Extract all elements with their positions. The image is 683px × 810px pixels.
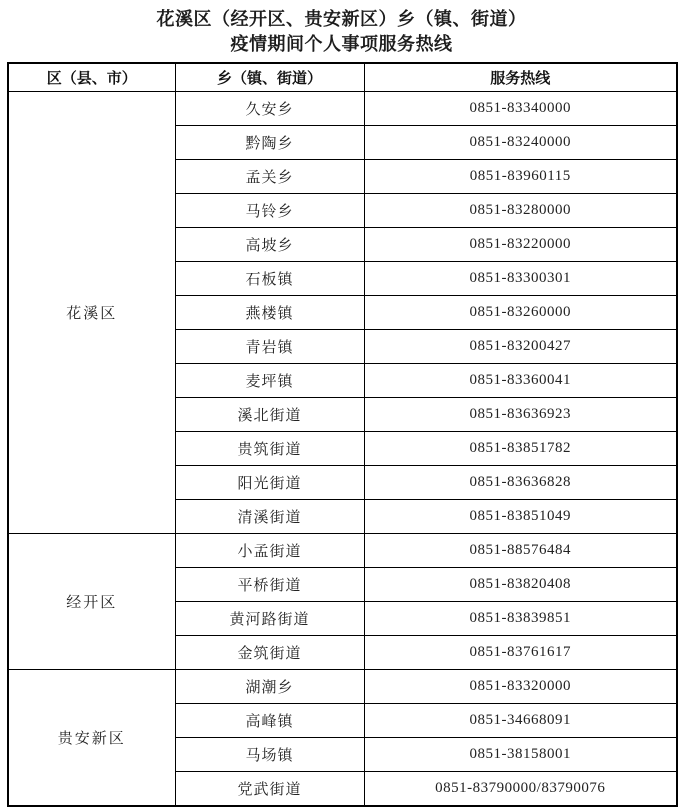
page-title: 花溪区（经开区、贵安新区）乡（镇、街道） 疫情期间个人事项服务热线 xyxy=(0,0,683,57)
hotline-cell: 0851-83340000 xyxy=(364,92,677,126)
township-cell: 平桥街道 xyxy=(175,568,364,602)
table-body: 花溪区久安乡0851-83340000黔陶乡0851-83240000孟关乡08… xyxy=(8,92,677,807)
header-region-column: 区（县、市） xyxy=(8,63,175,92)
township-cell: 清溪街道 xyxy=(175,500,364,534)
township-cell: 小孟街道 xyxy=(175,534,364,568)
township-cell: 溪北街道 xyxy=(175,398,364,432)
township-cell: 党武街道 xyxy=(175,772,364,807)
hotline-cell: 0851-83280000 xyxy=(364,194,677,228)
hotline-cell: 0851-83200427 xyxy=(364,330,677,364)
township-cell: 阳光街道 xyxy=(175,466,364,500)
table-row: 经开区小孟街道0851-88576484 xyxy=(8,534,677,568)
hotline-cell: 0851-83300301 xyxy=(364,262,677,296)
region-cell: 贵安新区 xyxy=(8,670,175,807)
header-township-column: 乡（镇、街道） xyxy=(175,63,364,92)
hotline-cell: 0851-83360041 xyxy=(364,364,677,398)
hotline-cell: 0851-83220000 xyxy=(364,228,677,262)
hotline-cell: 0851-83839851 xyxy=(364,602,677,636)
township-cell: 石板镇 xyxy=(175,262,364,296)
hotline-cell: 0851-83960115 xyxy=(364,160,677,194)
township-cell: 燕楼镇 xyxy=(175,296,364,330)
hotline-cell: 0851-83240000 xyxy=(364,126,677,160)
hotline-cell: 0851-83320000 xyxy=(364,670,677,704)
document-page: 花溪区（经开区、贵安新区）乡（镇、街道） 疫情期间个人事项服务热线 区（县、市）… xyxy=(0,0,683,810)
township-cell: 青岩镇 xyxy=(175,330,364,364)
hotline-cell: 0851-83790000/83790076 xyxy=(364,772,677,807)
township-cell: 马铃乡 xyxy=(175,194,364,228)
township-cell: 孟关乡 xyxy=(175,160,364,194)
page-title-line-1: 花溪区（经开区、贵安新区）乡（镇、街道） xyxy=(0,7,683,32)
table-row: 花溪区久安乡0851-83340000 xyxy=(8,92,677,126)
hotline-cell: 0851-83851049 xyxy=(364,500,677,534)
hotline-table: 区（县、市） 乡（镇、街道） 服务热线 花溪区久安乡0851-83340000黔… xyxy=(7,62,678,807)
township-cell: 久安乡 xyxy=(175,92,364,126)
township-cell: 高坡乡 xyxy=(175,228,364,262)
township-cell: 高峰镇 xyxy=(175,704,364,738)
hotline-cell: 0851-83636923 xyxy=(364,398,677,432)
township-cell: 贵筑街道 xyxy=(175,432,364,466)
hotline-cell: 0851-34668091 xyxy=(364,704,677,738)
township-cell: 金筑街道 xyxy=(175,636,364,670)
township-cell: 黄河路街道 xyxy=(175,602,364,636)
hotline-cell: 0851-83851782 xyxy=(364,432,677,466)
header-hotline-column: 服务热线 xyxy=(364,63,677,92)
page-title-line-2: 疫情期间个人事项服务热线 xyxy=(0,32,683,57)
township-cell: 黔陶乡 xyxy=(175,126,364,160)
hotline-cell: 0851-83636828 xyxy=(364,466,677,500)
hotline-cell: 0851-83820408 xyxy=(364,568,677,602)
township-cell: 麦坪镇 xyxy=(175,364,364,398)
hotline-cell: 0851-83761617 xyxy=(364,636,677,670)
hotline-cell: 0851-83260000 xyxy=(364,296,677,330)
township-cell: 湖潮乡 xyxy=(175,670,364,704)
hotline-cell: 0851-38158001 xyxy=(364,738,677,772)
region-cell: 经开区 xyxy=(8,534,175,670)
table-row: 贵安新区湖潮乡0851-83320000 xyxy=(8,670,677,704)
table-header-row: 区（县、市） 乡（镇、街道） 服务热线 xyxy=(8,63,677,92)
region-cell: 花溪区 xyxy=(8,92,175,534)
hotline-cell: 0851-88576484 xyxy=(364,534,677,568)
township-cell: 马场镇 xyxy=(175,738,364,772)
